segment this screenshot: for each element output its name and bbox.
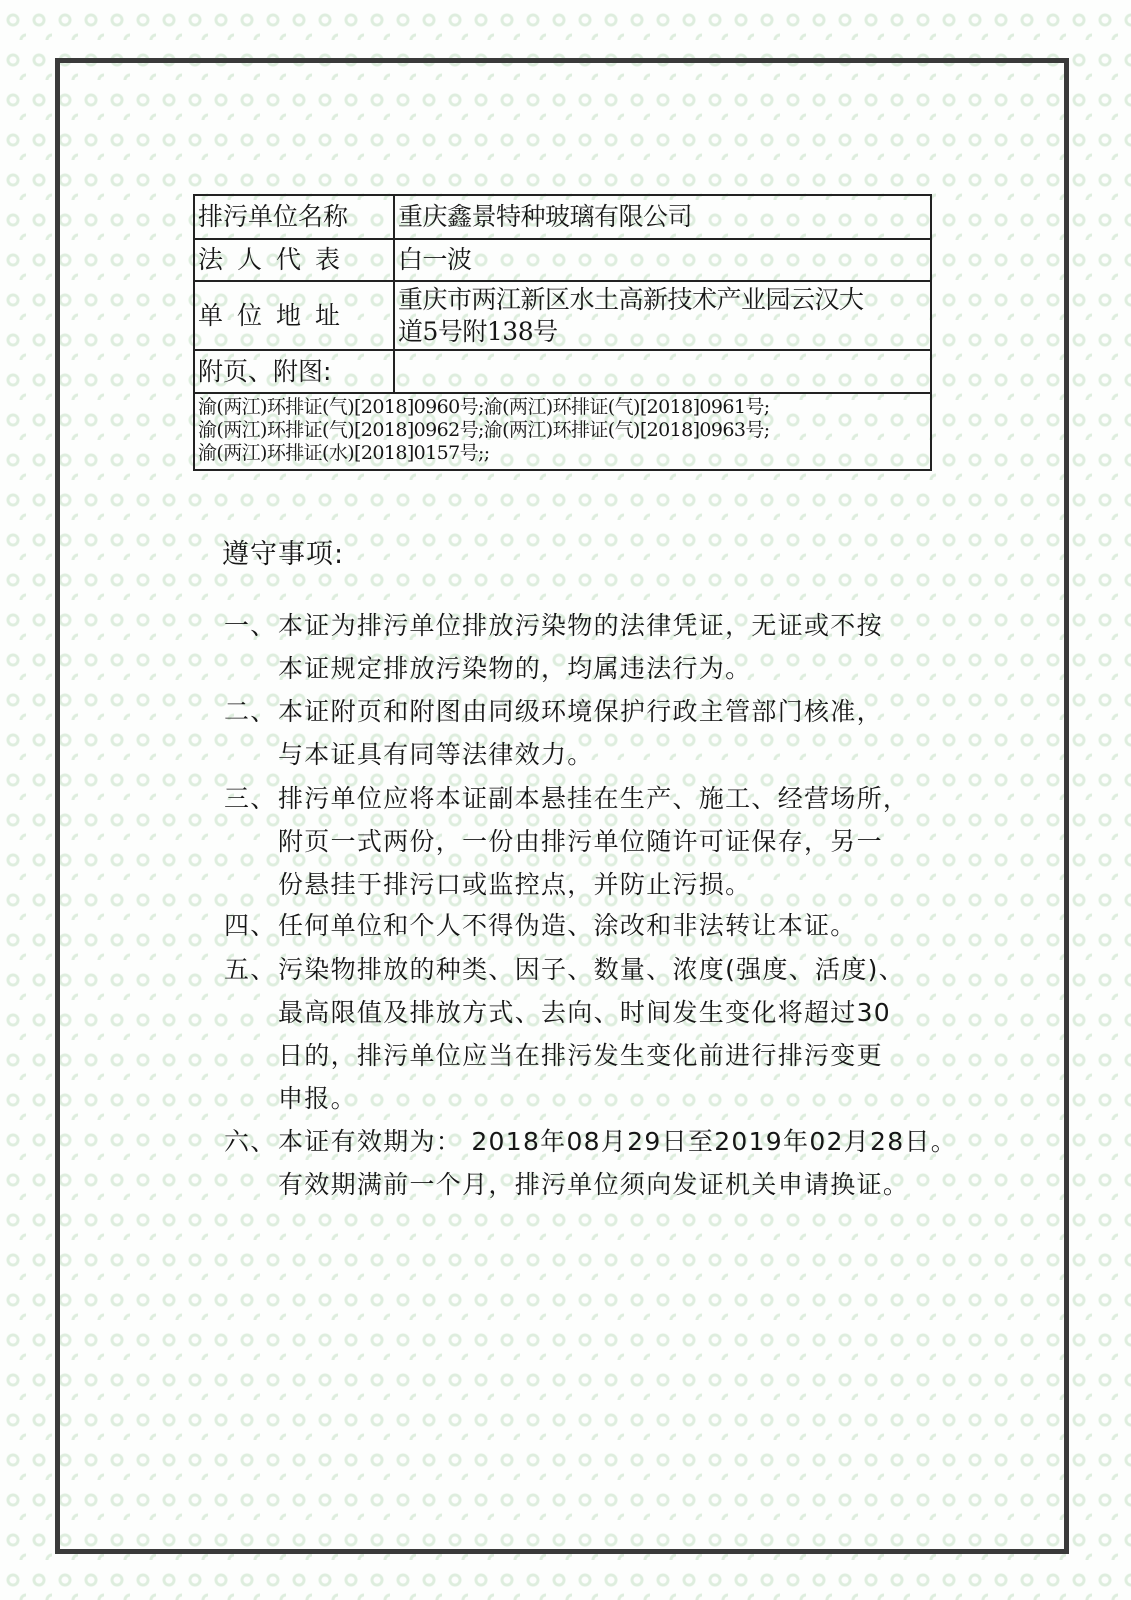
rule-line: 本证有效期为： 2018年08月29日至2019年02月28日。 <box>278 1120 918 1163</box>
table-row-unit-name: 排污单位名称 重庆鑫景特种玻璃有限公司 <box>194 195 931 239</box>
rule-item-5: 五、 污染物排放的种类、因子、数量、浓度(强度、活度)、 最高限值及排放方式、去… <box>224 948 918 1120</box>
permit-line: 渝(两江)环排证(气)[2018]0960号;渝(两江)环排证(气)[2018]… <box>198 396 927 419</box>
rule-number: 五、 <box>224 948 278 991</box>
address-line-1: 重庆市两江新区水土高新技术产业园云汉大 <box>398 284 927 316</box>
rule-line: 与本证具有同等法律效力。 <box>278 733 918 776</box>
label-address: 单位地址 <box>194 281 394 350</box>
rule-line: 本证为排污单位排放污染物的法律凭证，无证或不按 <box>278 604 918 647</box>
table-row-address: 单位地址 重庆市两江新区水土高新技术产业园云汉大 道5号附138号 <box>194 281 931 350</box>
rule-line: 排污单位应将本证副本悬挂在生产、施工、经营场所， <box>278 777 918 820</box>
rule-line: 本证附页和附图由同级环境保护行政主管部门核准， <box>278 690 918 733</box>
permit-info-table: 排污单位名称 重庆鑫景特种玻璃有限公司 法人代表 白一波 单位地址 重庆市两江新… <box>193 194 932 471</box>
rule-item-4: 四、 任何单位和个人不得伪造、涂改和非法转让本证。 <box>224 904 918 947</box>
table-row-permit-numbers: 渝(两江)环排证(气)[2018]0960号;渝(两江)环排证(气)[2018]… <box>194 393 931 470</box>
rule-text: 任何单位和个人不得伪造、涂改和非法转让本证。 <box>278 904 918 947</box>
rule-number: 六、 <box>224 1120 278 1163</box>
rule-item-1: 一、 本证为排污单位排放污染物的法律凭证，无证或不按 本证规定排放污染物的，均属… <box>224 604 918 690</box>
rule-line: 份悬挂于排污口或监控点，并防止污损。 <box>278 863 918 906</box>
rule-line: 附页一式两份，一份由排污单位随许可证保存，另一 <box>278 820 918 863</box>
rule-number: 三、 <box>224 777 278 820</box>
rule-item-6: 六、 本证有效期为： 2018年08月29日至2019年02月28日。 有效期满… <box>224 1120 918 1206</box>
rule-text: 本证有效期为： 2018年08月29日至2019年02月28日。 有效期满前一个… <box>278 1120 918 1206</box>
rule-item-3: 三、 排污单位应将本证副本悬挂在生产、施工、经营场所， 附页一式两份，一份由排污… <box>224 777 918 906</box>
table-row-legal-rep: 法人代表 白一波 <box>194 239 931 281</box>
rule-line: 日的，排污单位应当在排污发生变化前进行排污变更 <box>278 1034 918 1077</box>
rule-line: 本证规定排放污染物的，均属违法行为。 <box>278 647 918 690</box>
value-address: 重庆市两江新区水土高新技术产业园云汉大 道5号附138号 <box>394 281 931 350</box>
rule-text: 本证为排污单位排放污染物的法律凭证，无证或不按 本证规定排放污染物的，均属违法行… <box>278 604 918 690</box>
permit-line: 渝(两江)环排证(气)[2018]0962号;渝(两江)环排证(气)[2018]… <box>198 419 927 442</box>
rule-number: 一、 <box>224 604 278 647</box>
address-line-2: 道5号附138号 <box>398 316 927 348</box>
rules-heading: 遵守事项: <box>222 536 344 574</box>
value-legal-rep: 白一波 <box>394 239 931 281</box>
rule-line: 申报。 <box>278 1077 918 1120</box>
rule-line: 有效期满前一个月，排污单位须向发证机关申请换证。 <box>278 1163 918 1206</box>
value-unit-name: 重庆鑫景特种玻璃有限公司 <box>394 195 931 239</box>
rule-text: 排污单位应将本证副本悬挂在生产、施工、经营场所， 附页一式两份，一份由排污单位随… <box>278 777 918 906</box>
label-legal-rep: 法人代表 <box>194 239 394 281</box>
rule-item-2: 二、 本证附页和附图由同级环境保护行政主管部门核准， 与本证具有同等法律效力。 <box>224 690 918 776</box>
label-attachments: 附页、附图: <box>194 350 394 393</box>
rule-number: 二、 <box>224 690 278 733</box>
rule-line: 污染物排放的种类、因子、数量、浓度(强度、活度)、 <box>278 948 918 991</box>
rule-text: 污染物排放的种类、因子、数量、浓度(强度、活度)、 最高限值及排放方式、去向、时… <box>278 948 918 1120</box>
table-row-attachments: 附页、附图: <box>194 350 931 393</box>
permit-line: 渝(两江)环排证(水)[2018]0157号;; <box>198 442 927 465</box>
rule-line: 任何单位和个人不得伪造、涂改和非法转让本证。 <box>278 904 918 947</box>
permit-numbers-cell: 渝(两江)环排证(气)[2018]0960号;渝(两江)环排证(气)[2018]… <box>194 393 931 470</box>
rule-text: 本证附页和附图由同级环境保护行政主管部门核准， 与本证具有同等法律效力。 <box>278 690 918 776</box>
value-attachments <box>394 350 931 393</box>
rule-line: 最高限值及排放方式、去向、时间发生变化将超过30 <box>278 991 918 1034</box>
rule-number: 四、 <box>224 904 278 947</box>
label-unit-name: 排污单位名称 <box>194 195 394 239</box>
